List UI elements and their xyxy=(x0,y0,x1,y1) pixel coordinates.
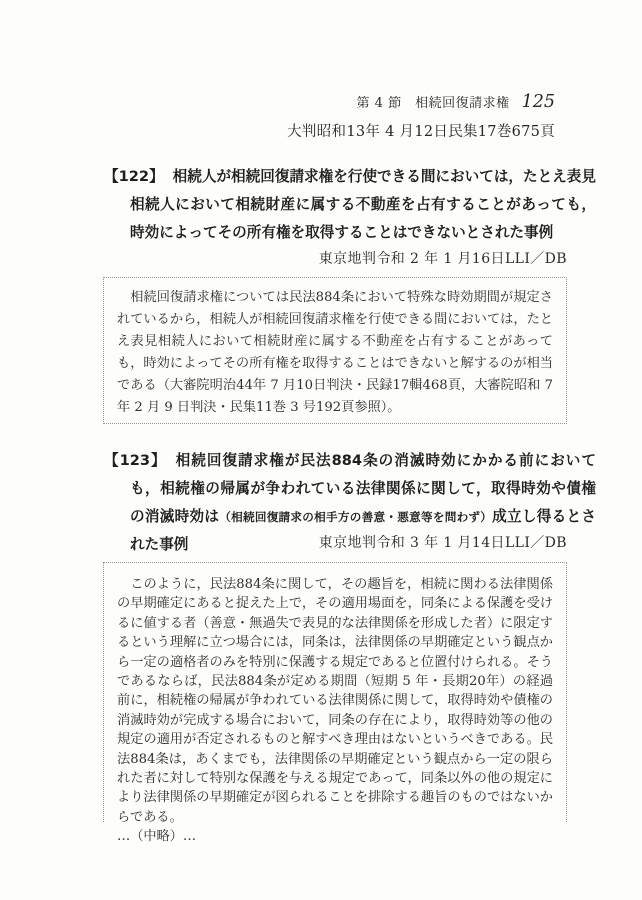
running-header: 第 4 節 相続回復請求権125 xyxy=(357,92,555,112)
case-123-citation: 東京地判令和 3 年 1 月14日LLI／DB xyxy=(319,532,567,552)
case-122-number: 【122】 xyxy=(104,168,164,185)
case-123-number: 【123】 xyxy=(104,452,167,469)
page-number: 125 xyxy=(522,92,555,112)
prior-case-citation: 大判昭和13年 4 月12日民集17巻675頁 xyxy=(287,120,555,141)
case-122-headline-text: 相続人が相続回復請求権を行使できる間においては，たとえ表見相続人において相続財産… xyxy=(130,168,596,241)
case-123-headline-parenthetical: （相続回復請求の相手方の善意・悪意等を問わず） xyxy=(219,510,492,524)
case-123-excerpt-paragraph: このように，民法884条に関して，その趣旨を，相続に関わる法律関係の早期確定にあ… xyxy=(117,575,553,827)
case-122-judgment-excerpt-box: 相続回復請求権については民法884条において特殊な時効期間が規定されているから，… xyxy=(103,277,567,424)
book-page: { "running_header": { "section_label": "… xyxy=(0,0,642,900)
case-123-judgment-excerpt-box: このように，民法884条に関して，その趣旨を，相続に関わる法律関係の早期確定にあ… xyxy=(103,562,567,822)
case-122-excerpt-paragraph: 相続回復請求権については民法884条において特殊な時効期間が規定されているから，… xyxy=(117,287,553,419)
section-title: 第 4 節 相続回復請求権 xyxy=(357,96,510,111)
case-123-omission-marker: …（中略）… xyxy=(117,827,553,846)
case-122-citation: 東京地判令和 2 年 1 月16日LLI／DB xyxy=(319,248,567,268)
case-122-headline: 【122】相続人が相続回復請求権を行使できる間においては，たとえ表見相続人におい… xyxy=(104,163,596,247)
